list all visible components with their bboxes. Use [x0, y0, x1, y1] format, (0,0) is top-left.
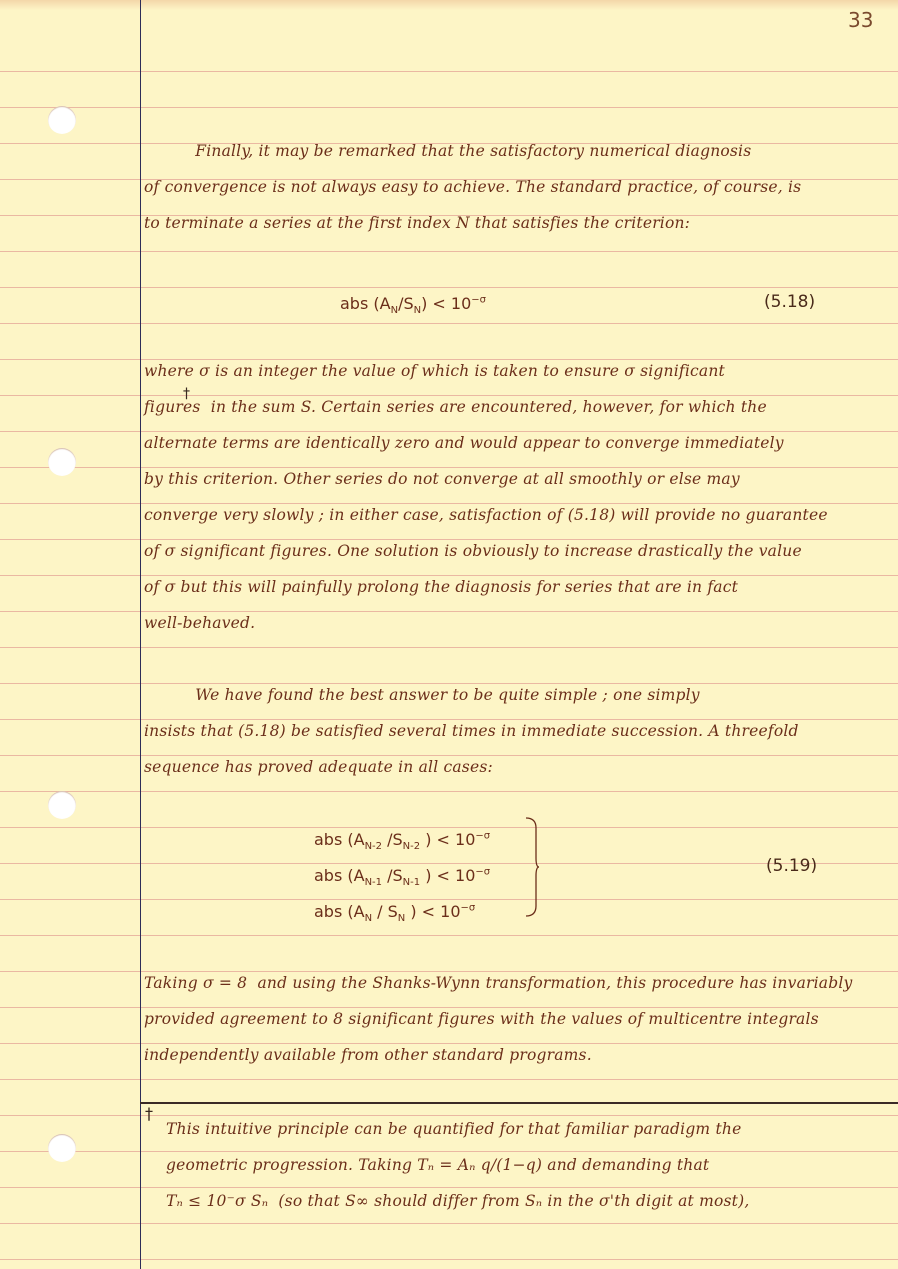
punch-hole	[48, 448, 76, 476]
footnote-line: geometric progression. Taking Tₙ = Aₙ q/…	[166, 1156, 878, 1174]
margin-line	[140, 0, 141, 1269]
eq-subscript: N	[414, 305, 421, 316]
eq-subscript: N	[365, 913, 372, 924]
equation-label-5-19: (5.19)	[766, 856, 817, 876]
equation-5-19-row: abs (AN / SN ) < 10−σ	[314, 902, 475, 924]
equation-label-5-18: (5.18)	[764, 292, 815, 312]
eq-part: abs (A	[314, 866, 365, 885]
text-line: by this criterion. Other series do not c…	[144, 470, 878, 488]
equation-5-18: abs (AN/SN) < 10−σ	[340, 294, 486, 316]
eq-exponent: −σ	[475, 867, 490, 878]
punch-hole	[48, 106, 76, 134]
text-line: where σ is an integer the value of which…	[144, 362, 878, 380]
eq-part: abs (A	[314, 830, 365, 849]
eq-part: /S	[382, 866, 403, 885]
ruled-lines	[0, 54, 898, 1269]
eq-part: ) < 10	[405, 902, 460, 921]
eq-subscript: N	[391, 305, 398, 316]
eq-subscript: N-1	[365, 877, 382, 888]
footnote-line: Tₙ ≤ 10⁻σ Sₙ (so that S∞ should differ f…	[166, 1192, 878, 1210]
eq-part: / S	[372, 902, 398, 921]
eq-subscript: N-2	[365, 841, 382, 852]
text-line: of convergence is not always easy to ach…	[144, 178, 878, 196]
text-line: to terminate a series at the first index…	[144, 214, 878, 232]
equation-5-19-row: abs (AN-2 /SN-2 ) < 10−σ	[314, 830, 490, 852]
eq-part: ) < 10	[421, 294, 471, 313]
eq-part: abs (A	[340, 294, 391, 313]
eq-part: abs (A	[314, 902, 365, 921]
text-line: of σ but this will painfully prolong the…	[144, 578, 878, 596]
footnote-line: This intuitive principle can be quantifi…	[166, 1120, 878, 1138]
page-number: 33	[848, 8, 873, 32]
text-line: figures in the sum S. Certain series are…	[144, 398, 878, 416]
eq-part: /S	[398, 294, 414, 313]
text-line: independently available from other stand…	[144, 1046, 878, 1064]
equation-5-19-row: abs (AN-1 /SN-1 ) < 10−σ	[314, 866, 490, 888]
eq-part: /S	[382, 830, 403, 849]
eq-part: ) < 10	[420, 830, 475, 849]
eq-part: ) < 10	[420, 866, 475, 885]
eq-subscript: N-2	[403, 841, 420, 852]
eq-exponent: −σ	[461, 903, 476, 914]
text-line: sequence has proved adequate in all case…	[144, 758, 878, 776]
right-brace-icon	[524, 816, 540, 918]
text-line: alternate terms are identically zero and…	[144, 434, 878, 452]
page-top-edge	[0, 0, 898, 10]
footnote-separator	[140, 1102, 898, 1104]
text-line: provided agreement to 8 significant figu…	[144, 1010, 878, 1028]
text-line: We have found the best answer to be quit…	[144, 686, 878, 704]
text-line: of σ significant figures. One solution i…	[144, 542, 878, 560]
footnote-dagger: †	[145, 1104, 153, 1123]
eq-subscript: N-1	[403, 877, 420, 888]
eq-exponent: −σ	[471, 295, 486, 306]
text-line: Taking σ = 8 and using the Shanks-Wynn t…	[144, 974, 878, 992]
text-line: converge very slowly ; in either case, s…	[144, 506, 878, 524]
text-line: insists that (5.18) be satisfied several…	[144, 722, 878, 740]
eq-exponent: −σ	[475, 831, 490, 842]
text-line: Finally, it may be remarked that the sat…	[144, 142, 878, 160]
punch-hole	[48, 791, 76, 819]
punch-hole	[48, 1134, 76, 1162]
text-line: well-behaved.	[144, 614, 878, 632]
